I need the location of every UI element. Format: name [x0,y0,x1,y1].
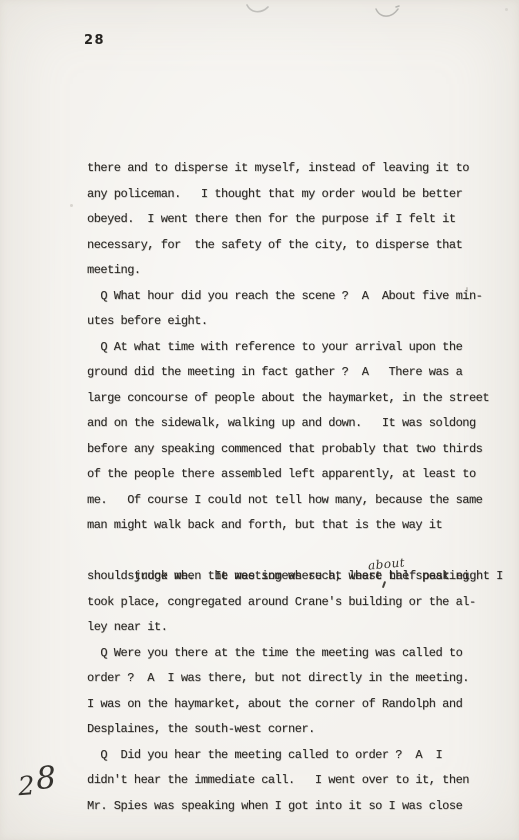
typed-line: man might walk back and forth, but that … [87,513,499,539]
handwritten-digit: 2 [17,771,36,802]
scanned-document-page: 28 there and to disperse it myself, inst… [0,0,519,840]
typed-line: there and to disperse it myself, instead… [87,156,499,182]
page-number-top: 28 [84,33,105,48]
typed-line: Q What hour did you reach the scene ? A … [87,284,499,310]
typed-line: any policeman. I thought that my order w… [87,182,499,208]
typed-line: order ? A I was there, but not directly … [87,666,499,692]
typed-line: of the people there assembled left appar… [87,462,499,488]
typed-line: obeyed. I went there then for the purpos… [87,207,499,233]
typed-line: should judge when the meeting as such, w… [87,564,499,590]
typed-line: ley near it. [87,615,499,641]
typed-line: Q Were you there at the time the meeting… [87,641,499,667]
typed-line: Q At what time with reference to your ar… [87,335,499,361]
typed-line: meeting. [87,258,499,284]
scan-smudge-mark [244,1,272,17]
typed-text-block: there and to disperse it myself, instead… [87,156,499,819]
handwritten-insertion: about [382,567,389,579]
typed-line: Mr. Spies was speaking when I got into i… [87,794,499,820]
typed-line: necessary, for the safety of the city, t… [87,233,499,259]
typed-line: large concourse of people about the haym… [87,386,499,412]
handwritten-page-number: 28 [17,765,56,803]
scan-smudge-mark [372,4,402,22]
typed-line: took place, congregated around Crane's b… [87,590,499,616]
typed-line: utes before eight. [87,309,499,335]
scan-speck [505,8,508,11]
typed-line: I was on the haymarket, about the corner… [87,692,499,718]
typed-line: me. Of course I could not tell how many,… [87,488,499,514]
handwritten-digit: 8 [35,760,57,797]
typed-line: Desplaines, the south-west corner. [87,717,499,743]
typed-line: before any speaking commenced that proba… [87,437,499,463]
typed-line: and on the sidewalk, walking up and down… [87,411,499,437]
handwritten-insertion-word: about [367,550,406,579]
typed-line: didn't hear the immediate call. I went o… [87,768,499,794]
scan-speck [70,204,73,207]
typed-line-with-insertion: struck me. It was somewhere at leastabou… [87,539,499,565]
typed-line: ground did the meeting in fact gather ? … [87,360,499,386]
typed-line: Q Did you hear the meeting called to ord… [87,743,499,769]
